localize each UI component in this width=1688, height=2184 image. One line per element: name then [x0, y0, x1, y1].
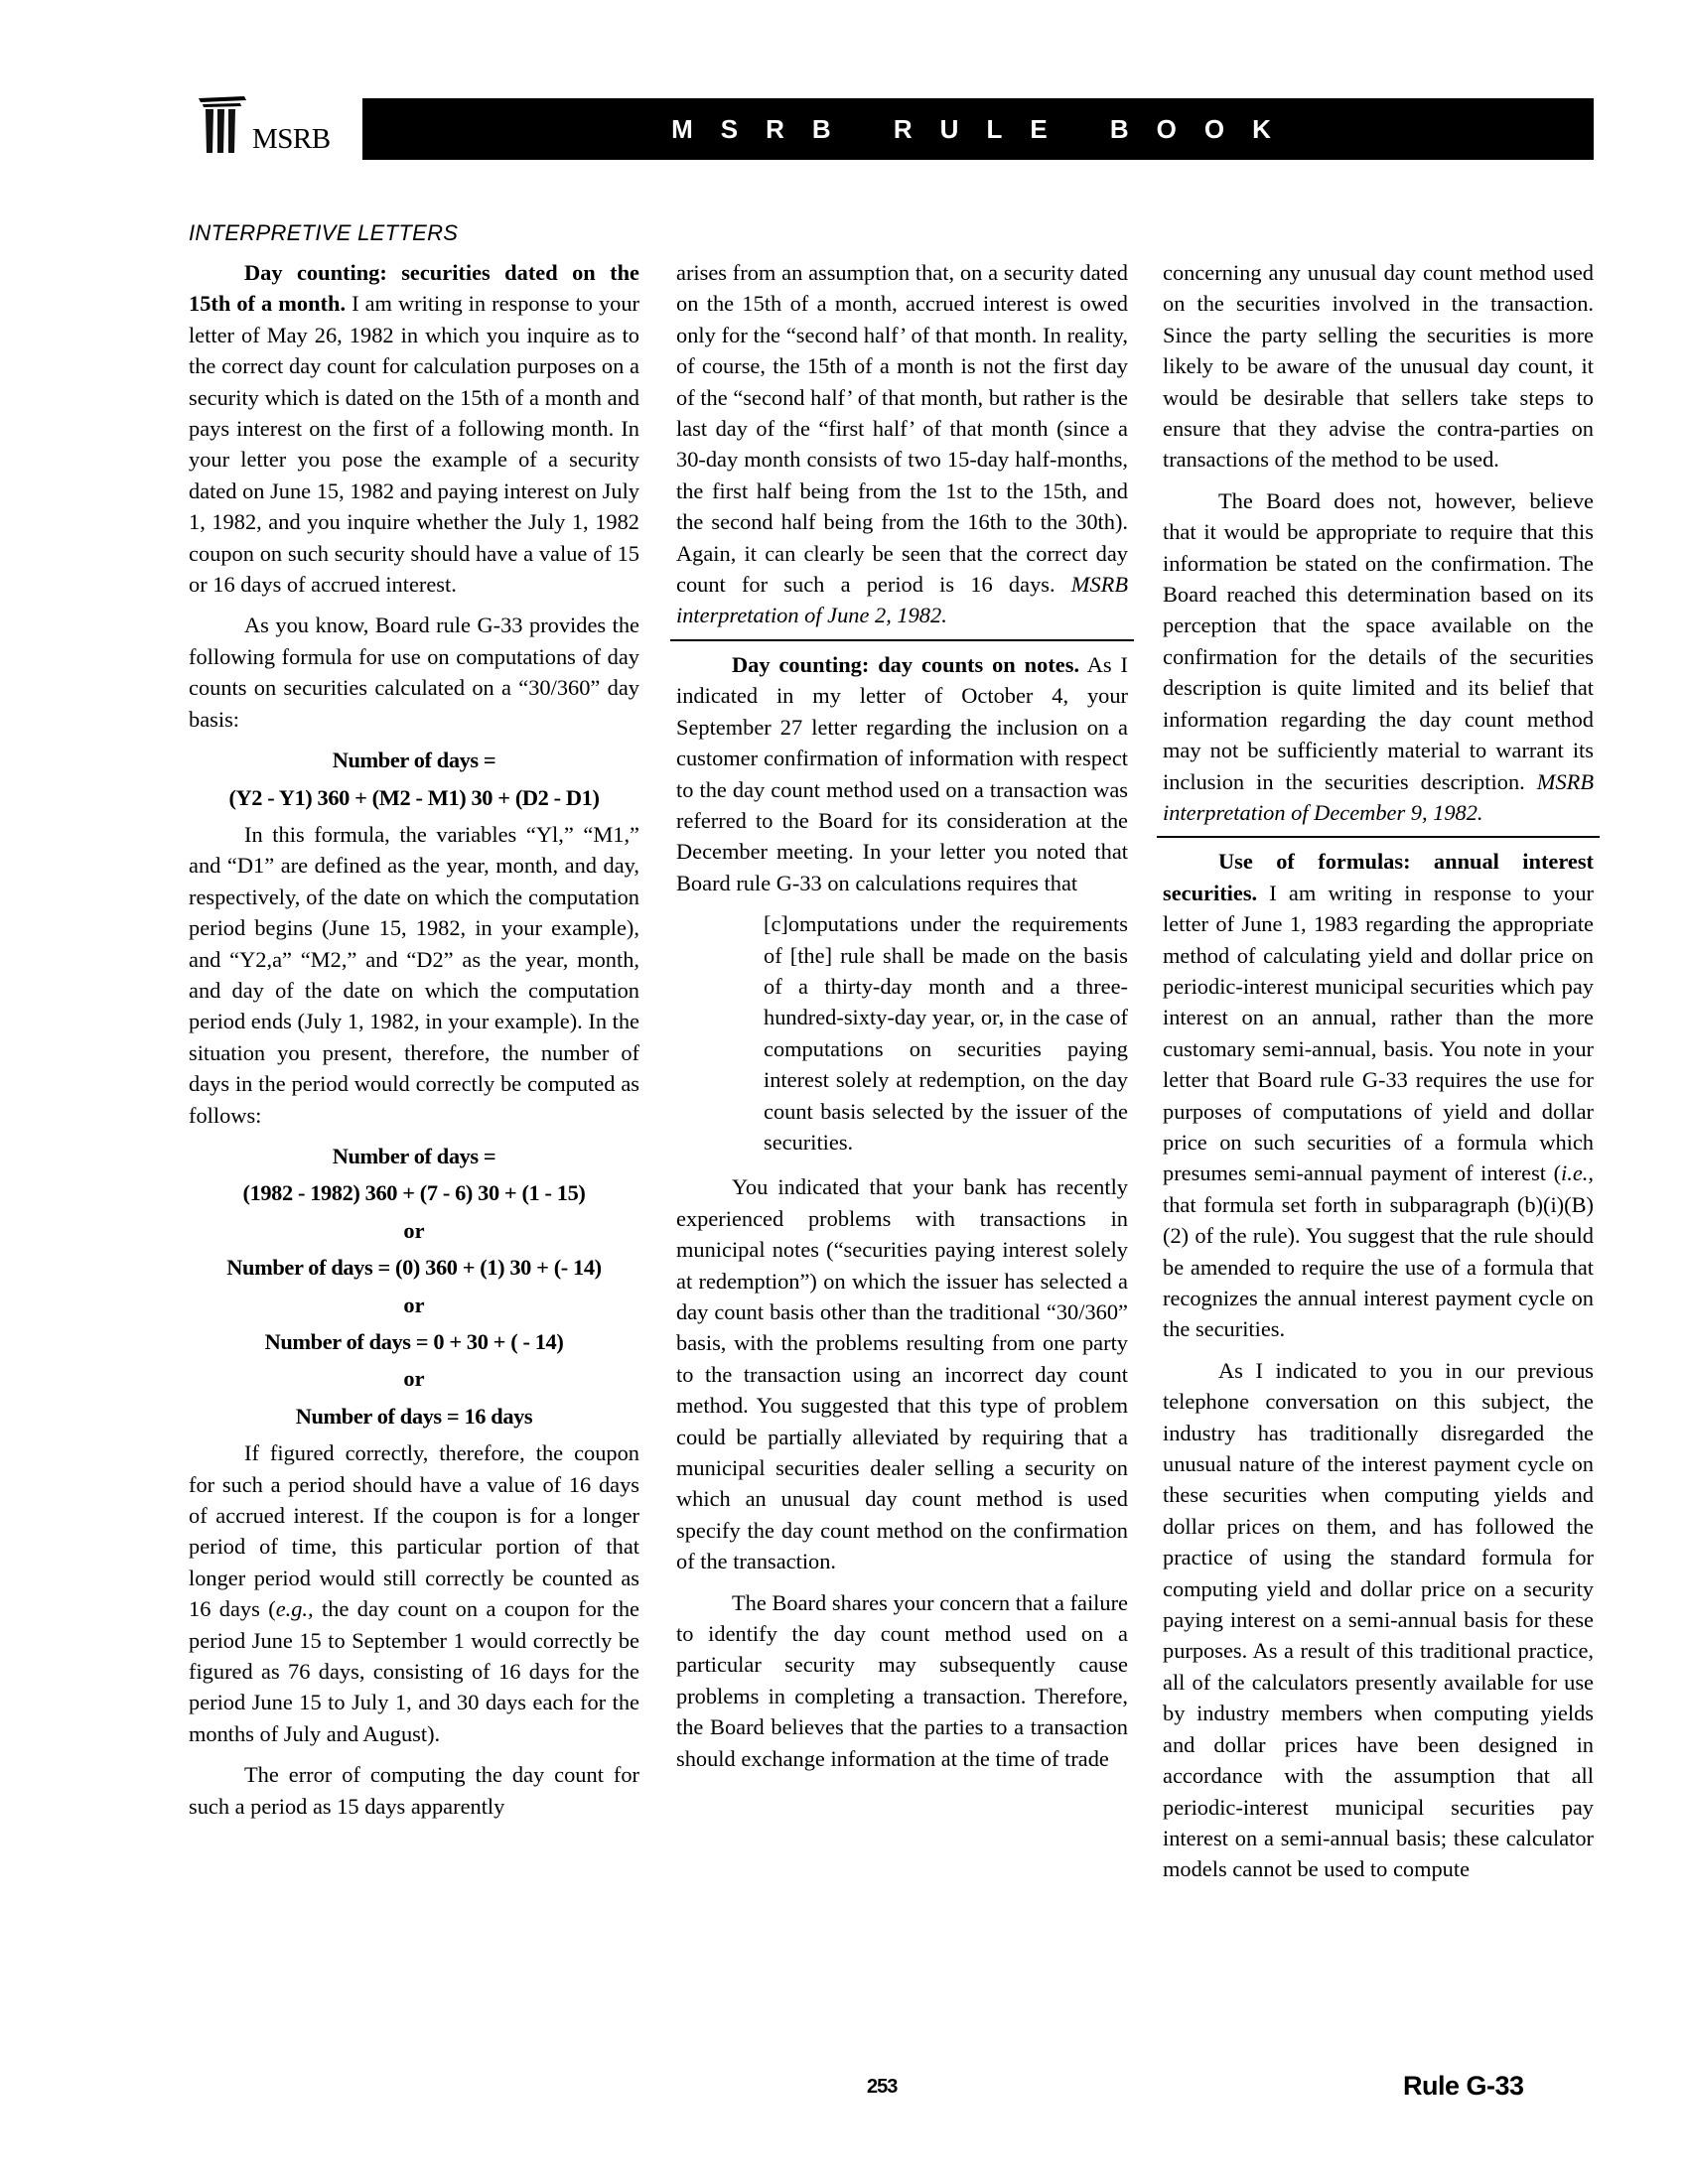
paragraph: The Board shares your concern that a fai…: [676, 1587, 1128, 1774]
paragraph: Use of formulas: annual interest securit…: [1163, 846, 1594, 1345]
paragraph: You indicated that your bank has re­cent…: [676, 1171, 1128, 1576]
block-quote: [c]omputations under the require­ments o…: [764, 908, 1128, 1158]
formula-or: or: [189, 1290, 639, 1320]
paragraph: The error of computing the day count for…: [189, 1759, 639, 1822]
formula-line: Number of days =: [189, 1141, 639, 1171]
paragraph: The Board does not, however, be­lieve th…: [1163, 485, 1594, 828]
paragraph-text: that formula set forth in subparagraph (…: [1163, 1192, 1594, 1342]
emphasis: i.e.,: [1561, 1160, 1594, 1185]
formula-line: (Y2 - Y1) 360 + (M2 - M1) 30 + (D2 - D1): [189, 782, 639, 813]
paragraph-text: arises from an assumption that, on a sec…: [676, 260, 1128, 597]
paragraph: Day counting: day counts on notes. As I …: [676, 649, 1128, 898]
paragraph: Day counting: securities dated on the 15…: [189, 257, 639, 600]
paragraph-text: The Board does not, however, be­lieve th…: [1163, 488, 1594, 794]
formula-line: (1982 - 1982) 360 + (7 - 6) 30 + (1 - 15…: [189, 1177, 639, 1208]
formula-line: Number of days = (0) 360 + (1) 30 + (- 1…: [189, 1252, 639, 1283]
column-1: Day counting: securities dated on the 15…: [189, 257, 639, 1822]
section-label: INTERPRETIVE LETTERS: [189, 220, 458, 246]
banner-title: MSRB RULE BOOK: [657, 114, 1299, 145]
paragraph: arises from an assumption that, on a sec…: [676, 257, 1128, 631]
page-number: 253: [867, 2076, 897, 2099]
logo-text: MSRB: [252, 123, 331, 156]
paragraph-text: I am writing in response to your letter …: [1163, 881, 1594, 1186]
page-header: MSRB MSRB RULE BOOK: [189, 91, 1594, 161]
letter-separator: [670, 639, 1134, 641]
paragraph: If figured correctly, therefore, the cou…: [189, 1437, 639, 1749]
letter-separator: [1157, 836, 1600, 838]
paragraph: As you know, Board rule G-33 pro­vides t…: [189, 610, 639, 735]
formula-line: Number of days =: [189, 745, 639, 775]
rule-label: Rule G-33: [1403, 2071, 1524, 2102]
formula-line: Number of days = 0 + 30 + ( - 14): [189, 1326, 639, 1357]
paragraph: As I indicated to you in our previous te…: [1163, 1355, 1594, 1885]
msrb-logo: MSRB: [189, 91, 348, 161]
column-3: concerning any unusual day count method …: [1163, 257, 1594, 1885]
rule-book-banner: MSRB RULE BOOK: [362, 98, 1594, 160]
formula-or: or: [189, 1363, 639, 1394]
letter-heading: Day counting: day counts on notes.: [732, 652, 1079, 677]
paragraph-text: As I indicated in my letter of October 4…: [676, 652, 1128, 895]
formula-line: Number of days = 16 days: [189, 1401, 639, 1432]
formula-or: or: [189, 1215, 639, 1246]
paragraph: In this formula, the variables “Yl,” “M1…: [189, 819, 639, 1131]
paragraph-text: I am writing in re­sponse to your letter…: [189, 291, 639, 597]
column-2: arises from an assumption that, on a sec…: [676, 257, 1128, 1774]
paragraph: concerning any unusual day count method …: [1163, 257, 1594, 476]
paragraph-text: If figured correctly, therefore, the cou…: [189, 1440, 639, 1621]
column-pillar-icon: [197, 95, 248, 157]
emphasis: e.g.,: [276, 1596, 314, 1621]
